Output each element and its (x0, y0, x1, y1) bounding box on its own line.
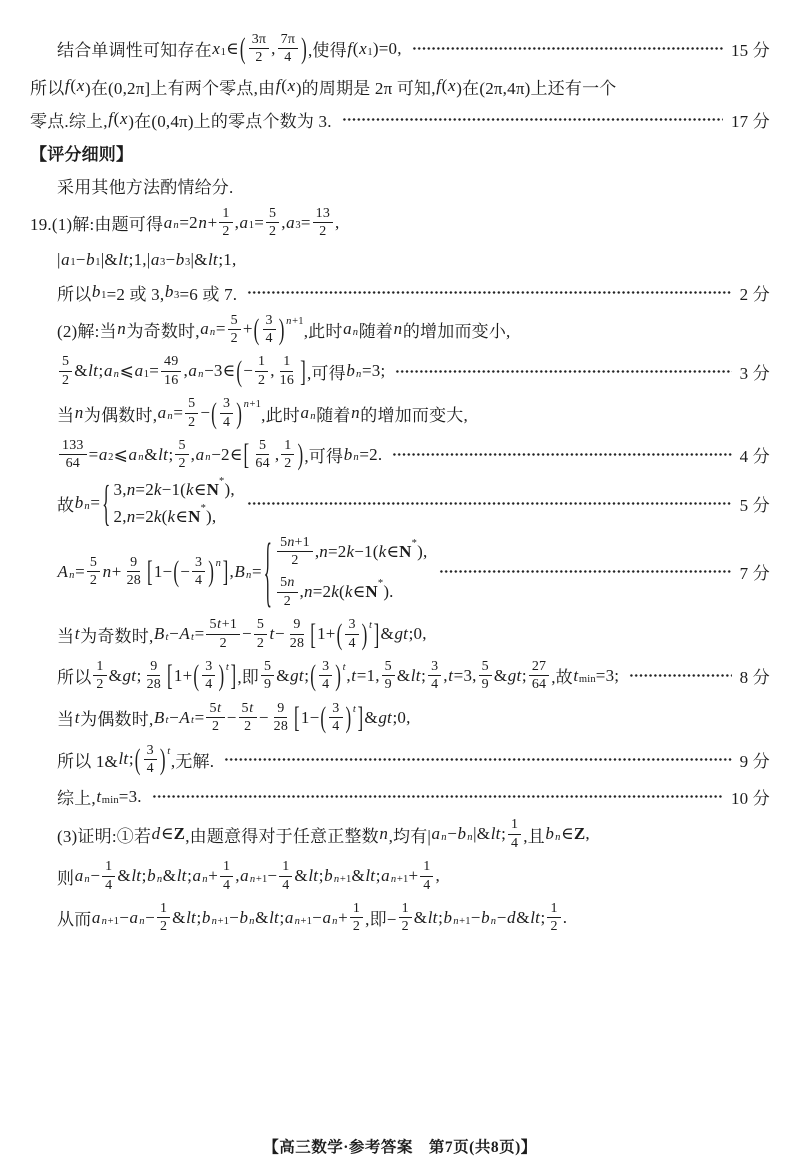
fraction: 14 (420, 859, 433, 893)
big-delimiter: ) (335, 661, 341, 691)
fraction: 928 (287, 617, 307, 651)
fraction: 52 (254, 617, 267, 651)
math-text: 所以 f(x)在(0,2π]上有两个零点,由 f(x)的周期是 2π 可知,f(… (30, 74, 616, 99)
brace-delimiter: { (102, 479, 110, 528)
math-text: 所以 b1=2 或 3,b3=6 或 7. (57, 280, 237, 305)
doc-line: 采用其他方法酌情给分. (30, 173, 770, 198)
dotted-leader (152, 794, 723, 799)
big-delimiter: [ (310, 619, 316, 649)
fraction: 59 (261, 659, 274, 693)
fraction: 52 (175, 438, 188, 472)
fraction: 116 (277, 354, 297, 388)
piecewise-cases: {5n+12,n=2k−1(k∈N*),5n2,n=2k(k∈N*). (264, 535, 428, 610)
fraction: 34 (345, 617, 358, 651)
doc-line: 当 n 为偶数时,an=52−(34)n+1,此时 an 随着 n 的增加而变大… (30, 396, 770, 430)
fraction: 52 (87, 555, 100, 589)
fraction: 52 (59, 354, 72, 388)
fraction: 14 (508, 817, 521, 851)
page-footer: 【高三数学·参考答案 第7页(共8页)】 (30, 1125, 770, 1171)
fraction: 34 (192, 555, 205, 589)
fraction: 12 (255, 354, 268, 388)
math-text: 所以 1&lt;(34)t,无解. (57, 743, 214, 777)
big-delimiter: ( (193, 661, 199, 691)
fraction: 12 (547, 901, 560, 935)
big-delimiter: ( (310, 661, 316, 691)
big-delimiter: ( (236, 356, 242, 386)
doc-line: 当 t 为奇数时,Bt−At=5t+12−52t−928[1+(34)t]&gt… (30, 617, 770, 651)
score-label: 8 分 (740, 663, 770, 688)
doc-line: An=52n+928[1−(−34)n],Bn={5n+12,n=2k−1(k∈… (30, 535, 770, 610)
score-label: 4 分 (740, 442, 770, 467)
math-text: (3)证明:①若 d∈Z,由题意得对于任意正整数 n,均有|an−bn|&lt;… (57, 817, 590, 851)
dotted-leader (247, 501, 732, 506)
fraction: 34 (144, 743, 157, 777)
doc-line: 结合单调性可知存在 x1∈(3π2,7π4),使得 f(x1)=0,15 分 (30, 32, 770, 66)
big-delimiter: ( (135, 745, 141, 775)
dotted-leader (392, 452, 731, 457)
big-delimiter: ) (297, 440, 303, 470)
dotted-leader (342, 117, 723, 122)
doc-line: 综上,tmin=3.10 分 (30, 784, 770, 809)
fraction: 3π2 (249, 32, 269, 66)
case-row: 5n+12,n=2k−1(k∈N*), (275, 535, 427, 569)
big-delimiter: ( (320, 703, 326, 733)
big-delimiter: ) (218, 661, 224, 691)
big-delimiter: ) (301, 34, 307, 64)
big-delimiter: ( (211, 398, 217, 428)
fraction: 12 (350, 901, 363, 935)
dotted-leader (439, 569, 731, 574)
doc-line: 【评分细则】 (30, 140, 770, 165)
dotted-leader (412, 46, 723, 51)
fraction: 34 (329, 701, 342, 735)
doc-line: 所以 b1=2 或 3,b3=6 或 7.2 分 (30, 280, 770, 305)
fraction: 5n2 (277, 575, 297, 609)
fraction: 4916 (161, 354, 181, 388)
big-delimiter: ) (362, 619, 368, 649)
math-text: 当 n 为偶数时,an=52−(34)n+1,此时 an 随着 n 的增加而变大… (57, 396, 468, 430)
math-text: 52&lt;an⩽a1=4916,an−3∈(−12,116],可得 bn=3; (57, 354, 385, 388)
math-text: 综上,tmin=3. (57, 784, 142, 809)
fraction: 59 (479, 659, 492, 693)
big-delimiter: ( (240, 34, 246, 64)
doc-line: 所以12&gt;928[1+(34)t],即59&gt;(34)t,t=1,59… (30, 659, 770, 693)
doc-line: 13364=a2⩽an&lt;52,an−2∈[564,12),可得 bn=2.… (30, 438, 770, 472)
fraction: 928 (144, 659, 164, 693)
fraction: 52 (185, 396, 198, 430)
fraction: 12 (157, 901, 170, 935)
doc-line: (2)解:当 n 为奇数时,an=52+(34)n+1,此时 an 随着 n 的… (30, 313, 770, 347)
score-label: 9 分 (740, 747, 770, 772)
doc-line: 当 t 为偶数时,Bt−At=5t2−5t2−928[1−(34)t]&gt;0… (30, 701, 770, 735)
fraction: 5n+12 (277, 535, 313, 569)
score-label: 7 分 (740, 559, 770, 584)
case-row: 5n2,n=2k(k∈N*). (275, 575, 427, 609)
doc-line: 所以 f(x)在(0,2π]上有两个零点,由 f(x)的周期是 2π 可知,f(… (30, 74, 770, 99)
math-text: 19.(1)解:由题可得 an=2n+12,a1=52,a3=132, (30, 206, 339, 240)
brace-delimiter: { (264, 533, 272, 611)
dotted-leader (395, 369, 731, 374)
doc-line: (3)证明:①若 d∈Z,由题意得对于任意正整数 n,均有|an−bn|&lt;… (30, 817, 770, 851)
score-label: 10 分 (731, 784, 770, 809)
big-delimiter: ( (173, 557, 179, 587)
case-row: 2,n=2k(k∈N*), (114, 507, 235, 527)
math-text: 结合单调性可知存在 x1∈(3π2,7π4),使得 f(x1)=0, (57, 32, 402, 66)
fraction: 34 (220, 396, 233, 430)
fraction: 34 (202, 659, 215, 693)
fraction: 59 (382, 659, 395, 693)
doc-line: 52&lt;an⩽a1=4916,an−3∈(−12,116],可得 bn=3;… (30, 354, 770, 388)
doc-line: 故 bn={3,n=2k−1(k∈N*),2,n=2k(k∈N*),5 分 (30, 480, 770, 527)
fraction: 2764 (529, 659, 549, 693)
math-text: 采用其他方法酌情给分. (57, 173, 233, 198)
big-delimiter: ] (223, 557, 229, 587)
score-label: 2 分 (740, 280, 770, 305)
fraction: 52 (228, 313, 241, 347)
big-delimiter: ) (279, 315, 285, 345)
fraction: 34 (319, 659, 332, 693)
fraction: 132 (313, 206, 333, 240)
doc-line: 从而 an+1−an−12&lt;bn+1−bn&lt;an+1−an+12,即… (30, 901, 770, 935)
big-delimiter: ) (208, 557, 214, 587)
big-delimiter: ) (236, 398, 242, 428)
math-text: |a1−b1|&lt;1,|a3−b3|&lt;1, (57, 250, 236, 270)
score-label: 17 分 (731, 107, 770, 132)
fraction: 12 (219, 206, 232, 240)
math-text: An=52n+928[1−(−34)n],Bn= (57, 555, 262, 589)
math-text: 则 an−14&lt;bn&lt;an+14,an+1−14&lt;bn+1&l… (57, 859, 440, 893)
big-delimiter: ] (230, 661, 236, 691)
dotted-leader (224, 757, 731, 762)
fraction: 564 (252, 438, 272, 472)
score-label: 5 分 (740, 491, 770, 516)
big-delimiter: ] (358, 703, 364, 733)
math-text: 当 t 为奇数时,Bt−At=5t+12−52t−928[1+(34)t]&gt… (57, 617, 427, 651)
doc-line: 零点.综上,f(x)在(0,4π)上的零点个数为 3.17 分 (30, 107, 770, 132)
fraction: 14 (220, 859, 233, 893)
piecewise-cases: {3,n=2k−1(k∈N*),2,n=2k(k∈N*), (102, 480, 235, 527)
math-text: 故 bn= (57, 491, 100, 516)
fraction: 14 (279, 859, 292, 893)
doc-line: 19.(1)解:由题可得 an=2n+12,a1=52,a3=132, (30, 206, 770, 240)
document-body: 结合单调性可知存在 x1∈(3π2,7π4),使得 f(x1)=0,15 分所以… (30, 24, 770, 1125)
doc-line: 所以 1&lt;(34)t,无解.9 分 (30, 743, 770, 777)
fraction: 5t2 (239, 701, 257, 735)
big-delimiter: ) (160, 745, 166, 775)
doc-line: 则 an−14&lt;bn&lt;an+14,an+1−14&lt;bn+1&l… (30, 859, 770, 893)
case-row: 3,n=2k−1(k∈N*), (114, 480, 235, 500)
fraction: 928 (271, 701, 291, 735)
score-label: 3 分 (740, 359, 770, 384)
big-delimiter: ] (300, 356, 306, 386)
fraction: 13364 (59, 438, 87, 472)
fraction: 34 (263, 313, 276, 347)
fraction: 14 (102, 859, 115, 893)
big-delimiter: ( (254, 315, 260, 345)
fraction: 12 (399, 901, 412, 935)
fraction: 12 (93, 659, 106, 693)
big-delimiter: ( (337, 619, 343, 649)
big-delimiter: [ (147, 557, 153, 587)
math-text: 【评分细则】 (30, 140, 133, 165)
big-delimiter: ] (374, 619, 380, 649)
math-text: 从而 an+1−an−12&lt;bn+1−bn&lt;an+1−an+12,即… (57, 901, 567, 935)
math-text: 13364=a2⩽an&lt;52,an−2∈[564,12),可得 bn=2. (57, 438, 382, 472)
fraction: 52 (266, 206, 279, 240)
fraction: 12 (281, 438, 294, 472)
big-delimiter: [ (294, 703, 300, 733)
fraction: 34 (428, 659, 441, 693)
fraction: 7π4 (278, 32, 298, 66)
big-delimiter: [ (244, 440, 250, 470)
math-text: 当 t 为偶数时,Bt−At=5t2−5t2−928[1−(34)t]&gt;0… (57, 701, 411, 735)
big-delimiter: ) (346, 703, 352, 733)
answer-sheet-page: 结合单调性可知存在 x1∈(3π2,7π4),使得 f(x1)=0,15 分所以… (0, 0, 800, 1171)
fraction: 5t+12 (206, 617, 240, 651)
math-text: 所以12&gt;928[1+(34)t],即59&gt;(34)t,t=1,59… (57, 659, 619, 693)
math-text: 零点.综上,f(x)在(0,4π)上的零点个数为 3. (30, 107, 332, 132)
dotted-leader (629, 673, 731, 678)
fraction: 5t2 (206, 701, 224, 735)
doc-line: |a1−b1|&lt;1,|a3−b3|&lt;1, (30, 248, 770, 272)
math-text: (2)解:当 n 为奇数时,an=52+(34)n+1,此时 an 随着 n 的… (57, 313, 511, 347)
big-delimiter: [ (167, 661, 173, 691)
score-label: 15 分 (731, 36, 770, 61)
fraction: 928 (124, 555, 144, 589)
dotted-leader (247, 290, 731, 295)
